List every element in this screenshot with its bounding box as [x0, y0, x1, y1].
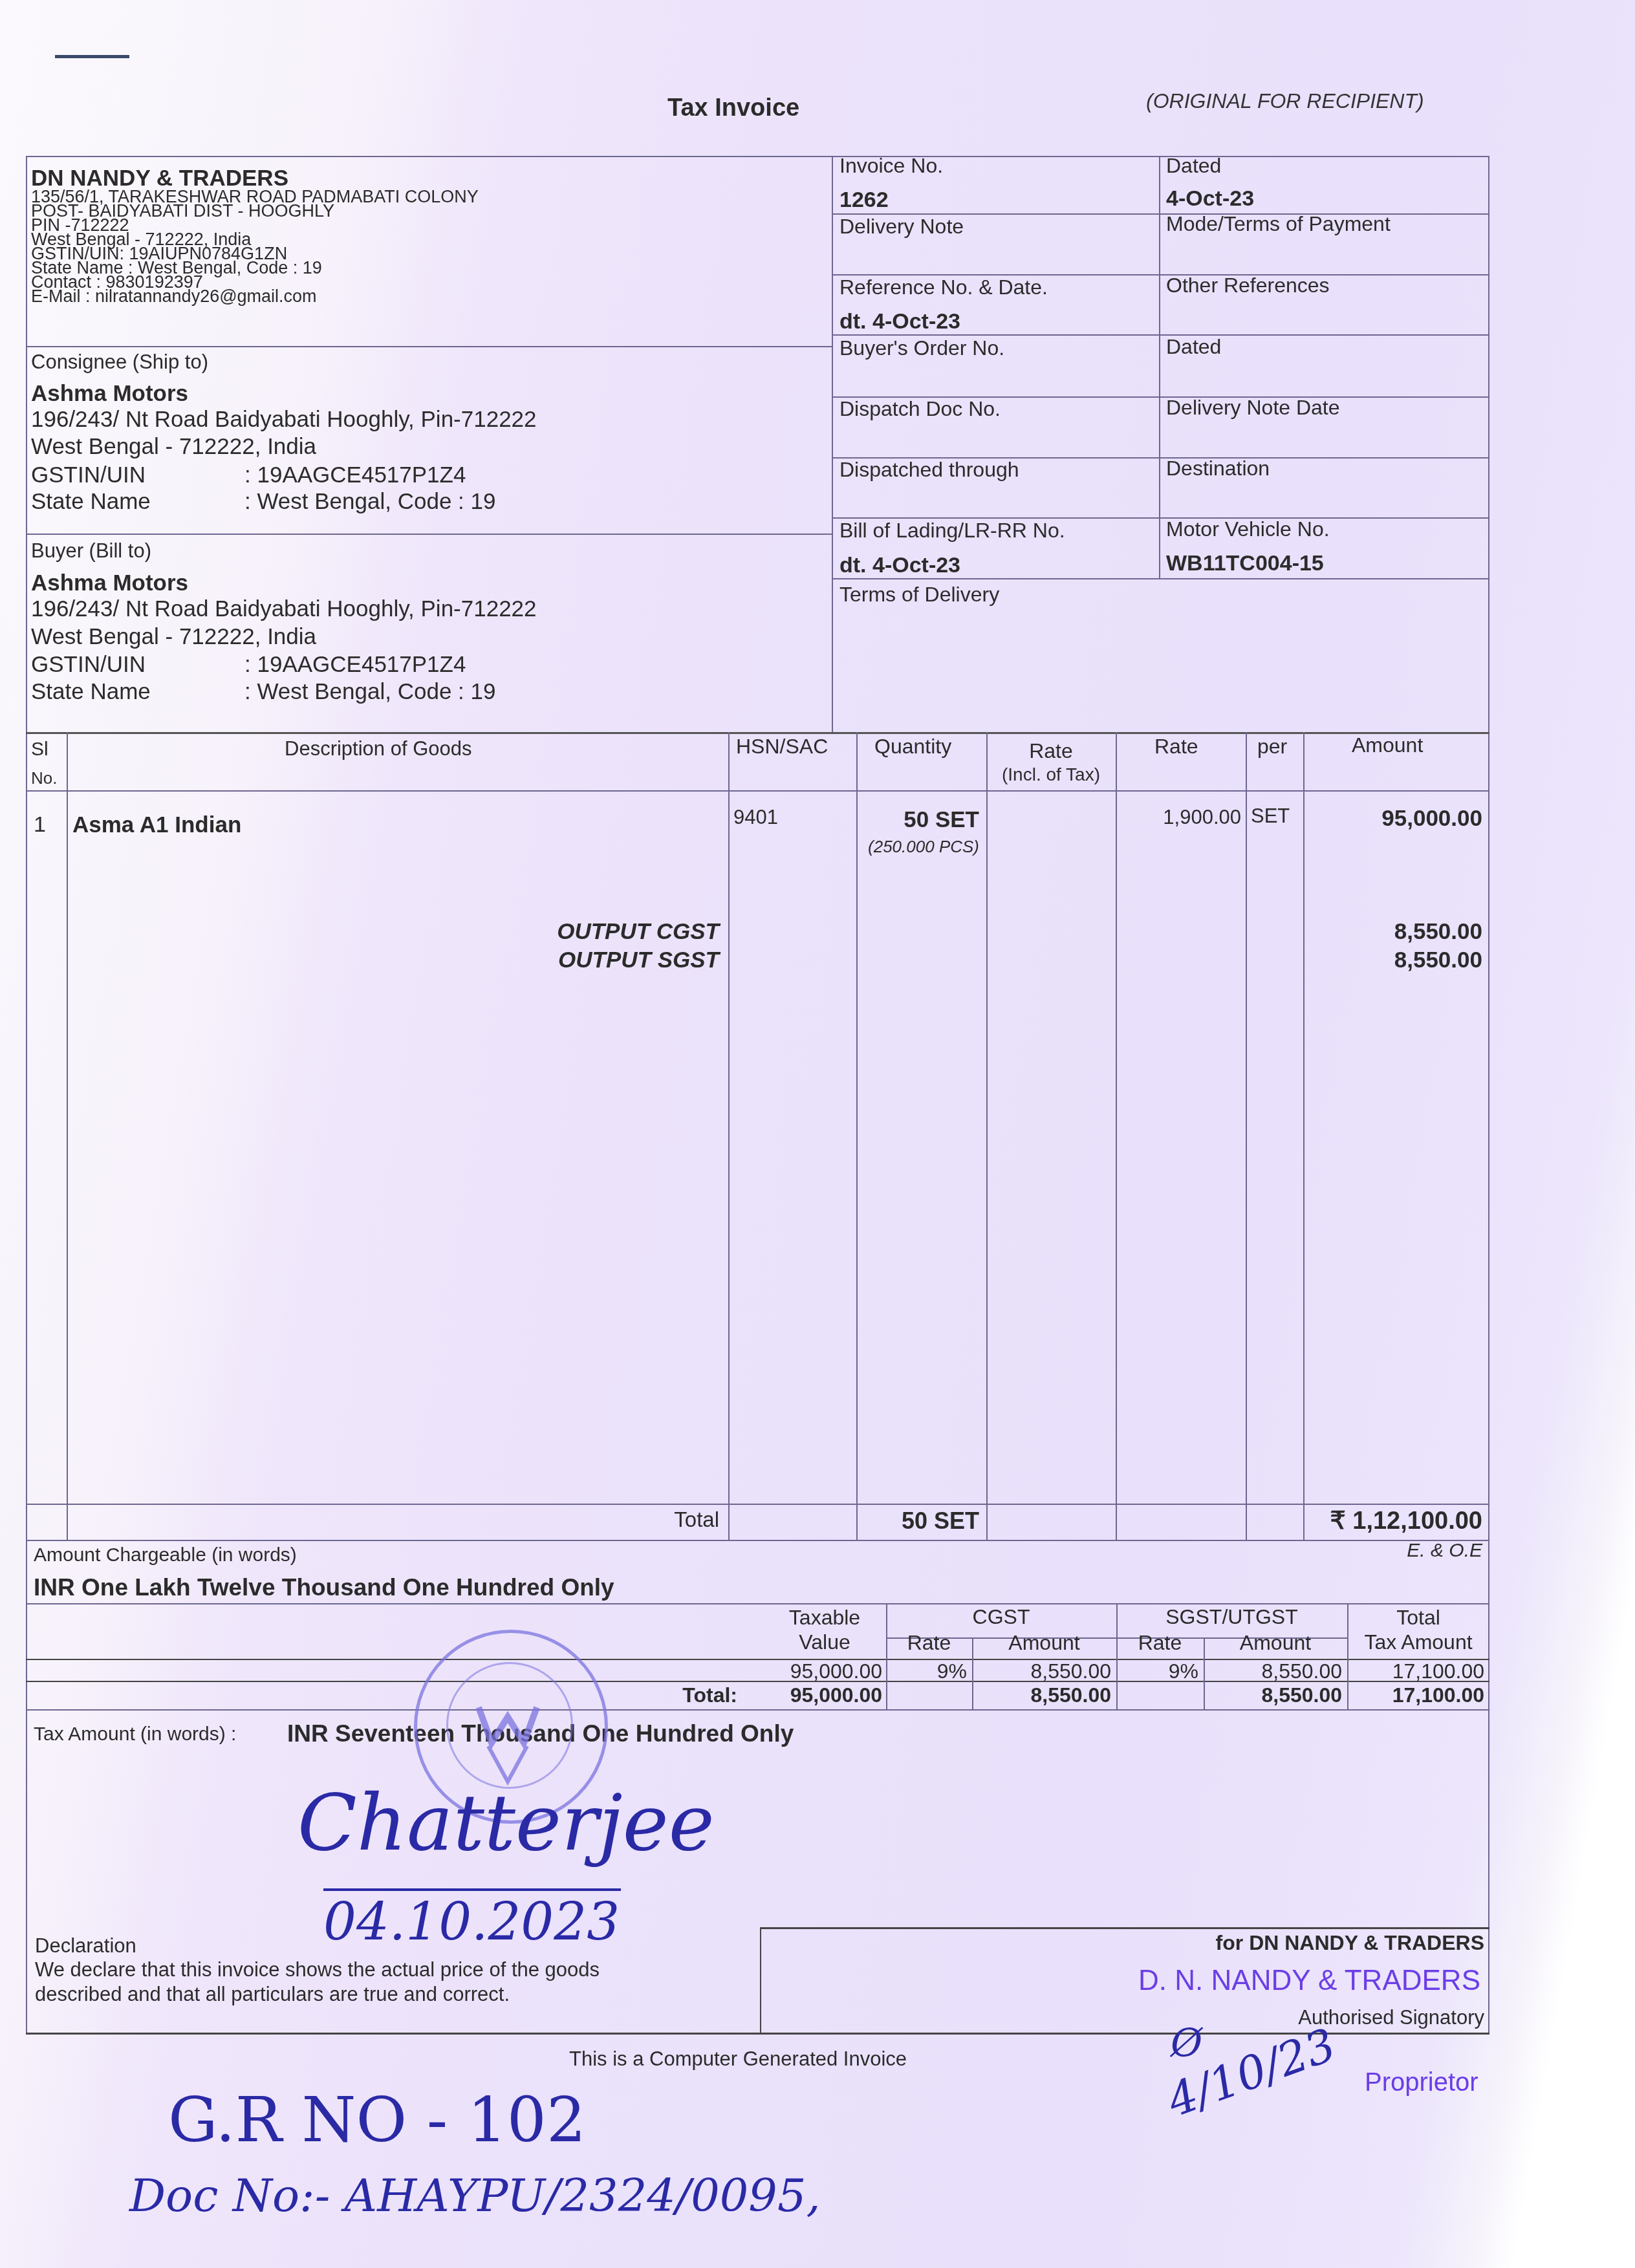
buyer-address: 196/243/ Nt Road Baidyabati Hooghly, Pin…: [31, 598, 537, 620]
signature: Chatterjee: [298, 1785, 715, 1863]
item-description: Asma A1 Indian: [72, 814, 241, 836]
header-amount: Amount: [1352, 735, 1423, 755]
signature-underline: [323, 1888, 621, 1891]
invoice-number: 1262: [839, 189, 889, 211]
signature-date: 04.10.2023: [323, 1896, 620, 1948]
company-stamp: D. N. NANDY & TRADERS: [905, 1965, 1480, 1997]
tax-line-cgst-label: OUTPUT CGST: [323, 919, 719, 945]
item-hsn: 9401: [733, 807, 778, 827]
eoe-label: E. & O.E: [1294, 1540, 1482, 1562]
computer-generated-note: This is a Computer Generated Invoice: [569, 2049, 907, 2069]
total-amount: ₹ 1,12,100.00: [1268, 1506, 1482, 1535]
copy-label: (ORIGINAL FOR RECIPIENT): [1146, 91, 1424, 111]
item-rate: 1,900.00: [1117, 806, 1241, 829]
header-per: per: [1257, 736, 1287, 757]
tax-line-cgst-amount: 8,550.00: [1305, 919, 1482, 945]
for-company-label: for DN NANDY & TRADERS: [905, 1931, 1484, 1955]
bill-of-lading-date: dt. 4-Oct-23: [839, 554, 960, 576]
total-quantity: 50 SET: [858, 1507, 979, 1535]
item-quantity: 50 SET: [858, 807, 979, 833]
buyer-name: Ashma Motors: [31, 572, 188, 594]
item-amount: 95,000.00: [1305, 806, 1482, 832]
tax-line-sgst-label: OUTPUT SGST: [323, 947, 719, 973]
header-rate-incl: Rate (Incl. of Tax): [986, 736, 1116, 784]
seller-address: 135/56/1, TARAKESHWAR ROAD PADMABATI COL…: [31, 189, 479, 303]
grn-note: G.R NO - 102: [168, 2089, 586, 2151]
buyer-heading: Buyer (Bill to): [31, 541, 151, 561]
vehicle-number: WB11TC004-15: [1166, 552, 1324, 574]
proprietor-initials: Ø: [1171, 2024, 1202, 2063]
header-cgst: CGST: [886, 1605, 1116, 1629]
consignee-heading: Consignee (Ship to): [31, 352, 208, 372]
consignee-gstin: : 19AAGCE4517P1Z4: [244, 464, 466, 486]
pen-mark: [55, 55, 129, 58]
header-hsn: HSN/SAC: [736, 736, 828, 757]
item-quantity-alt: (250.000 PCS): [858, 837, 979, 857]
header-sgst: SGST/UTGST: [1116, 1605, 1347, 1629]
item-per: SET: [1251, 806, 1290, 826]
header-quantity: Quantity: [874, 736, 951, 757]
reference-date: dt. 4-Oct-23: [839, 310, 960, 332]
total-label: Total: [323, 1507, 719, 1532]
invoice-date: 4-Oct-23: [1166, 188, 1254, 210]
document-title: Tax Invoice: [667, 96, 799, 120]
tax-line-sgst-amount: 8,550.00: [1305, 947, 1482, 973]
header-description: Description of Goods: [285, 739, 471, 759]
seller-name: DN NANDY & TRADERS: [31, 167, 288, 189]
consignee-name: Ashma Motors: [31, 382, 188, 405]
buyer-gstin: : 19AAGCE4517P1Z4: [244, 653, 466, 676]
consignee-address: 196/243/ Nt Road Baidyabati Hooghly, Pin…: [31, 408, 537, 431]
proprietor-stamp: Proprietor: [1365, 2069, 1478, 2095]
amount-words-value: INR One Lakh Twelve Thousand One Hundred…: [34, 1575, 614, 1599]
doc-number-note: Doc No:- AHAYPU/2324/0095,: [129, 2173, 821, 2218]
seller-email: E-Mail : nilratannandy26@gmail.com: [31, 289, 479, 303]
header-rate: Rate: [1154, 736, 1198, 757]
